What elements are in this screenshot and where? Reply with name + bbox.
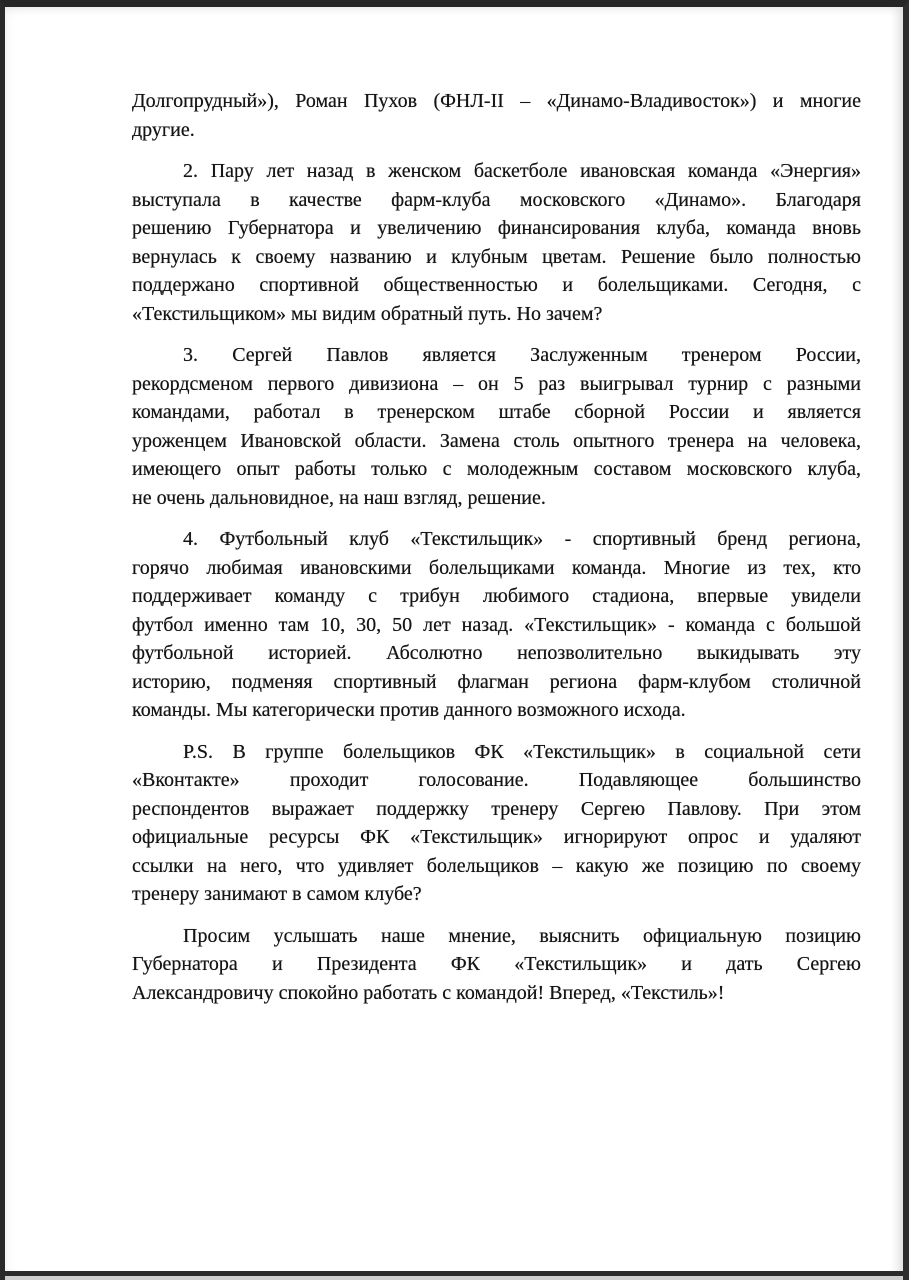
text-line: Губернатора и Президента ФК «Текстильщик… [132, 950, 861, 979]
text-line: 2. Пару лет назад в женском баскетболе и… [132, 157, 861, 186]
text-line: горячо любимая ивановскими болельщиками … [132, 554, 861, 583]
text-line: решению Губернатора и увеличению финанси… [132, 214, 861, 243]
text-line: рекордсменом первого дивизиона – он 5 ра… [132, 370, 861, 399]
paragraph: 2. Пару лет назад в женском баскетболе и… [132, 157, 861, 328]
text-line: имеющего опыт работы только с молодежным… [132, 455, 861, 484]
paragraph: P.S. В группе болельщиков ФК «Текстильщи… [132, 738, 861, 909]
text-line: не очень дальновидное, на наш взгляд, ре… [132, 484, 861, 513]
text-line: поддержано спортивной общественностью и … [132, 271, 861, 300]
text-line: респондентов выражает поддержку тренеру … [132, 795, 861, 824]
text-line: ссылки на него, что удивляет болельщиков… [132, 852, 861, 881]
photo-frame: Долгопрудный»), Роман Пухов (ФНЛ-II – «Д… [0, 0, 909, 1280]
text-line: P.S. В группе болельщиков ФК «Текстильщи… [132, 738, 861, 767]
paragraph: 4. Футбольный клуб «Текстильщик» - спорт… [132, 525, 861, 725]
photo-bottom-strip [5, 1276, 903, 1280]
text-line: уроженцем Ивановской области. Замена сто… [132, 427, 861, 456]
text-line: «Вконтакте» проходит голосование. Подавл… [132, 766, 861, 795]
text-line: командами, работал в тренерском штабе сб… [132, 398, 861, 427]
text-line: другие. [132, 116, 861, 145]
text-line: 3. Сергей Павлов является Заслуженным тр… [132, 341, 861, 370]
text-line: историю, подменяя спортивный флагман рег… [132, 668, 861, 697]
text-line: тренеру занимают в самом клубе? [132, 880, 861, 909]
text-line: 4. Футбольный клуб «Текстильщик» - спорт… [132, 525, 861, 554]
document-page: Долгопрудный»), Роман Пухов (ФНЛ-II – «Д… [5, 7, 903, 1271]
paragraph: Просим услышать наше мнение, выяснить оф… [132, 922, 861, 1008]
text-line: Долгопрудный»), Роман Пухов (ФНЛ-II – «Д… [132, 87, 861, 116]
text-line: выступала в качестве фарм-клуба московск… [132, 186, 861, 215]
text-line: футбольной историей. Абсолютно непозволи… [132, 639, 861, 668]
text-line: футбол именно там 10, 30, 50 лет назад. … [132, 611, 861, 640]
text-line: вернулась к своему названию и клубным цв… [132, 243, 861, 272]
paragraph: 3. Сергей Павлов является Заслуженным тр… [132, 341, 861, 512]
text-line: команды. Мы категорически против данного… [132, 696, 861, 725]
paragraph: Долгопрудный»), Роман Пухов (ФНЛ-II – «Д… [132, 87, 861, 144]
text-line: Александровичу спокойно работать с коман… [132, 979, 861, 1008]
text-line: Просим услышать наше мнение, выяснить оф… [132, 922, 861, 951]
text-line: официальные ресурсы ФК «Текстильщик» игн… [132, 823, 861, 852]
text-line: поддерживает команду с трибун любимого с… [132, 582, 861, 611]
text-line: «Текстильщиком» мы видим обратный путь. … [132, 300, 861, 329]
